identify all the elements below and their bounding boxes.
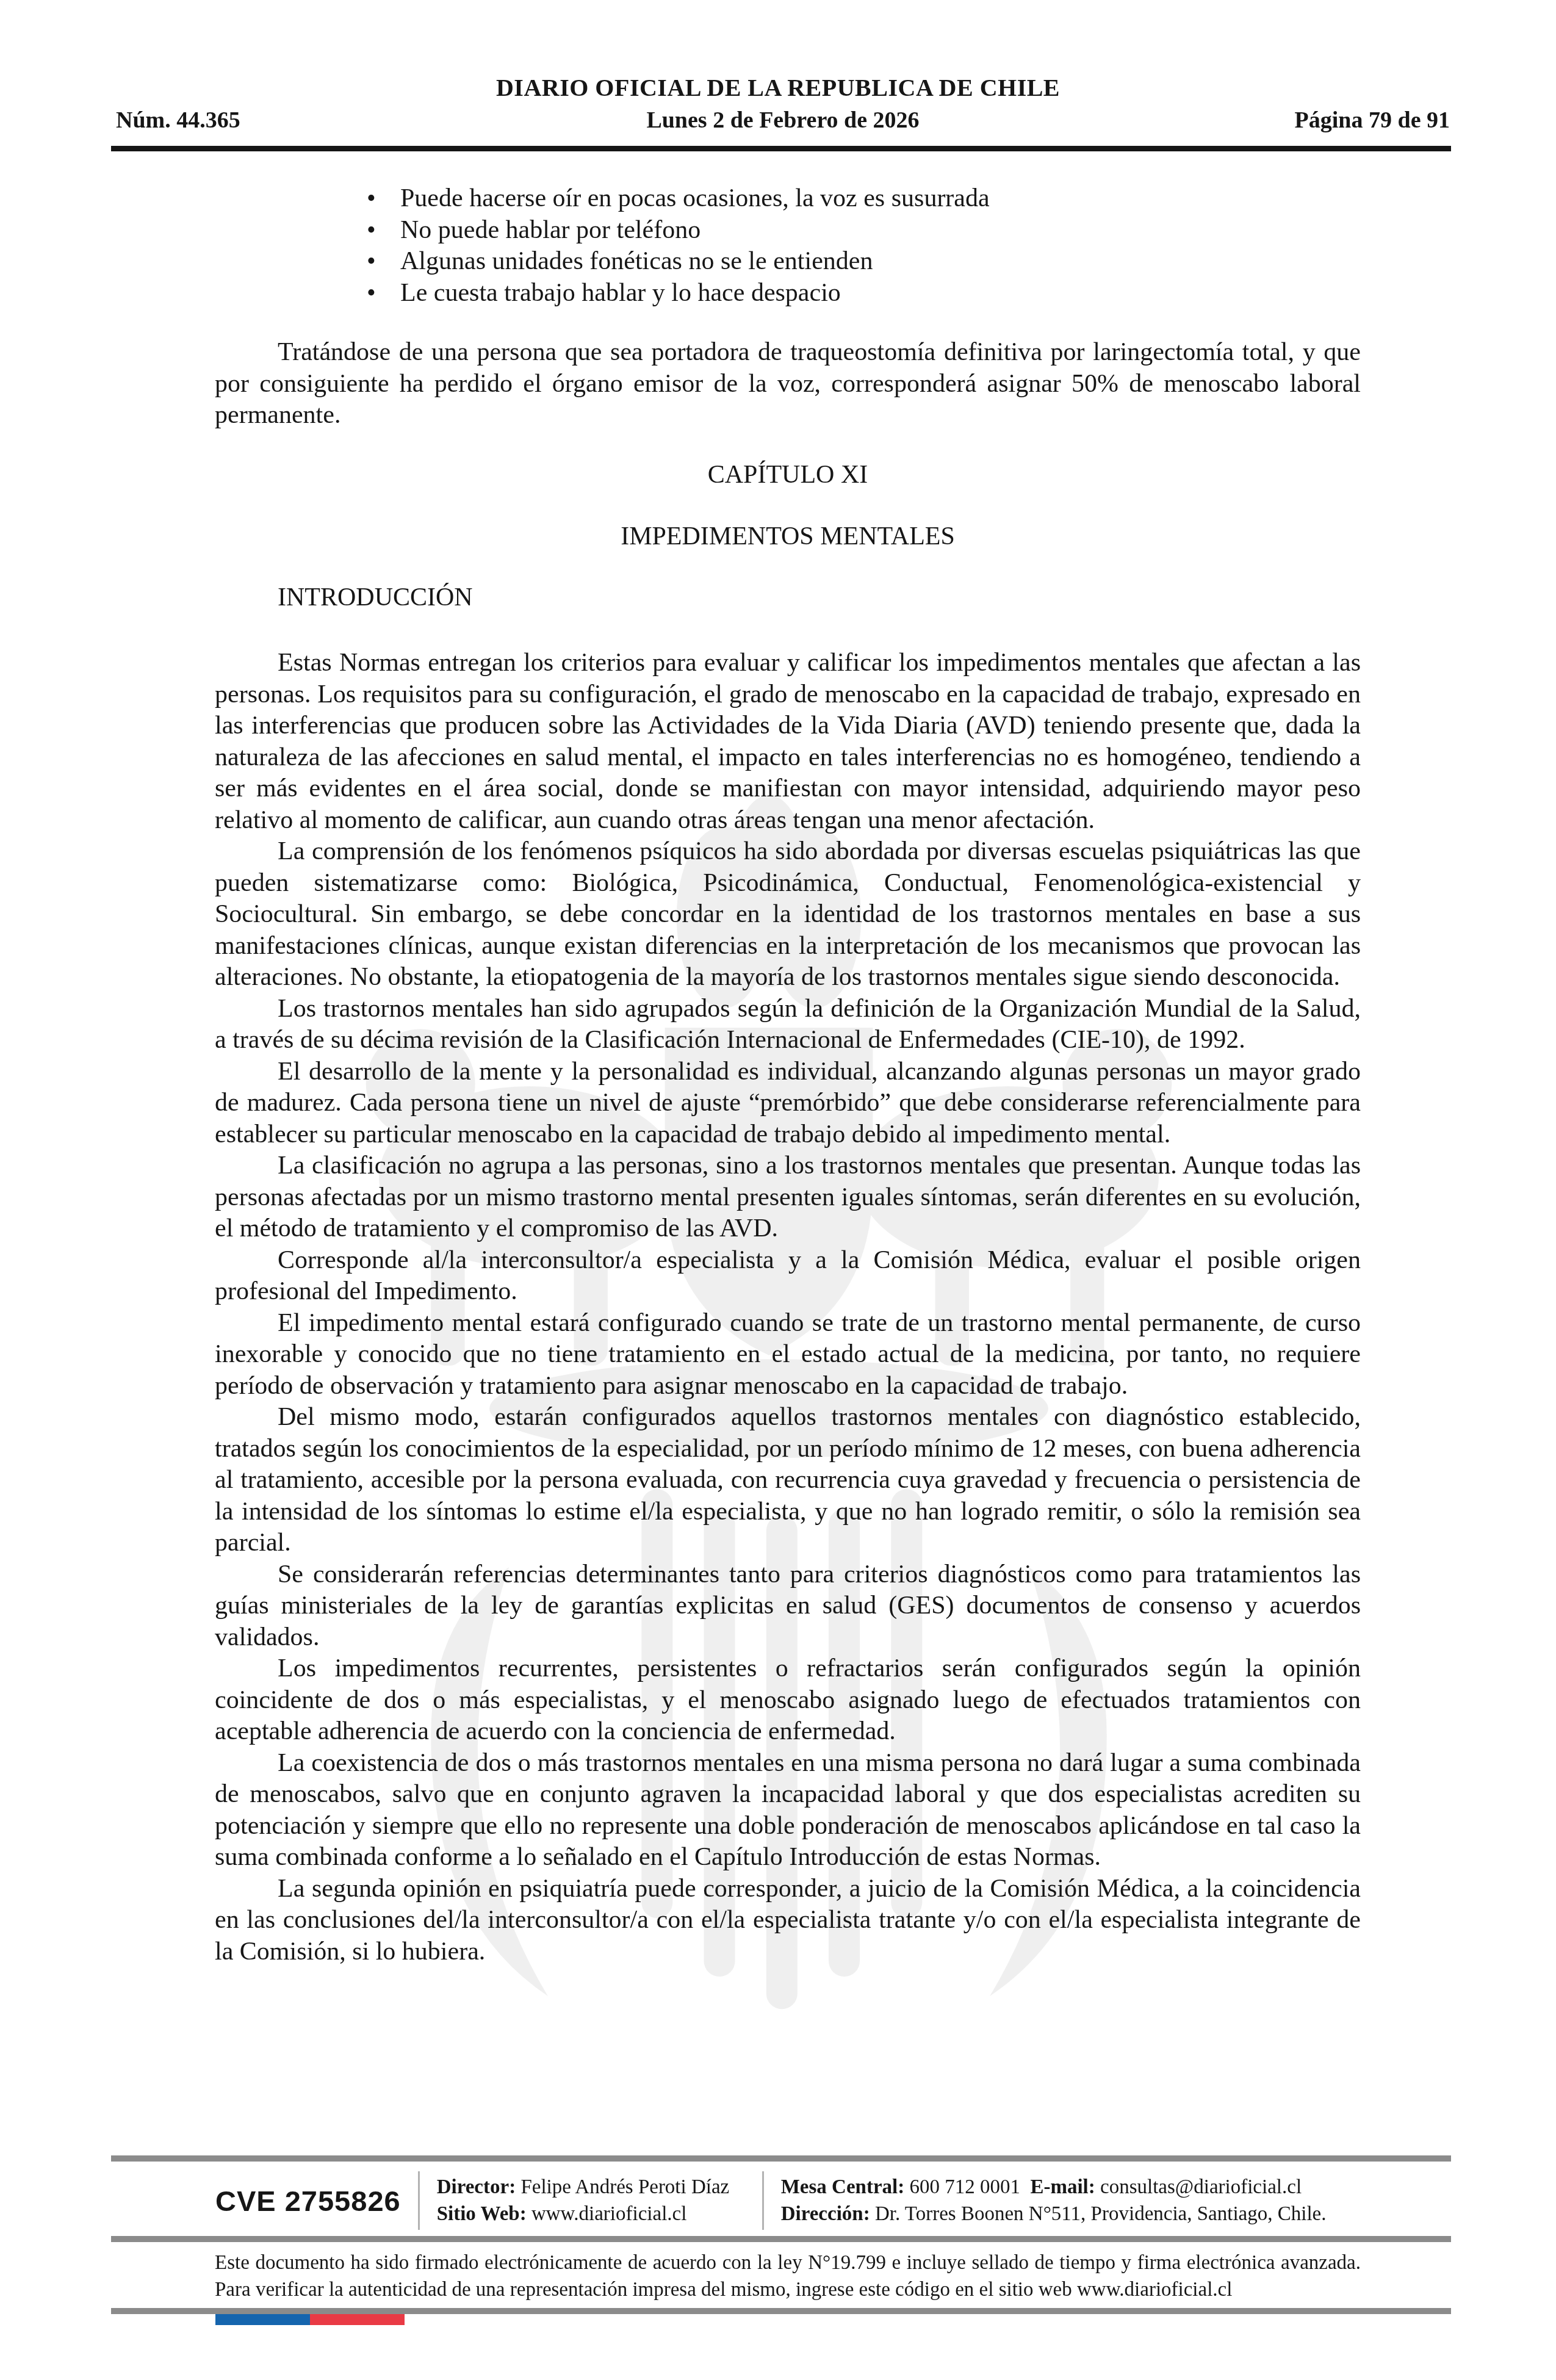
paragraph: La segunda opinión en psiquiatría puede … [215,1873,1361,1968]
vertical-divider [418,2171,420,2230]
list-item-text: No puede hablar por teléfono [400,215,701,247]
paragraph: La comprensión de los fenómenos psíquico… [215,836,1361,993]
bullet-icon: • [367,183,400,215]
list-item: • Algunas unidades fonéticas no se le en… [215,246,1361,278]
chapter-heading: CAPÍTULO XI [215,460,1361,491]
paragraph: El impedimento mental estará configurado… [215,1308,1361,1402]
bullet-icon: • [367,278,400,309]
paragraph: Corresponde al/la interconsultor/a espec… [215,1245,1361,1308]
mesa-central-label: Mesa Central: [781,2176,905,2198]
paragraph: Los impedimentos recurrentes, persistent… [215,1653,1361,1748]
sitio-web-value: www.diarioficial.cl [531,2203,686,2225]
issue-number: Núm. 44.365 [116,107,508,134]
introduction-paragraphs: Estas Normas entregan los criterios para… [215,647,1361,1967]
footer-divider-bar [111,2155,1451,2162]
list-item-text: Algunas unidades fonéticas no se le enti… [400,246,873,278]
page-indicator: Página 79 de 91 [1057,107,1450,134]
list-item: • Le cuesta trabajo hablar y lo hace des… [215,278,1361,309]
footer-contact-block: Mesa Central: 600 712 0001 E-mail: consu… [781,2174,1327,2227]
direccion-label: Dirección: [781,2203,870,2225]
bullet-icon: • [367,246,400,278]
paragraph: La coexistencia de dos o más trastornos … [215,1748,1361,1873]
page-footer: CVE 2755826 Director: Felipe Andrés Pero… [0,2155,1556,2325]
paragraph: Tratándose de una persona que sea portad… [215,337,1361,431]
header-rule [111,146,1451,151]
bullet-icon: • [367,215,400,247]
director-value: Felipe Andrés Peroti Díaz [520,2176,729,2198]
email-value: consultas@diarioficial.cl [1100,2176,1302,2198]
paragraph: Los trastornos mentales han sido agrupad… [215,993,1361,1056]
section-heading: INTRODUCCIÓN [215,582,1361,614]
mesa-central-value: 600 712 0001 [909,2176,1020,2198]
issue-date: Lunes 2 de Febrero de 2026 [508,107,1057,134]
director-label: Director: [437,2176,516,2198]
chapter-subheading: IMPEDIMENTOS MENTALES [215,521,1361,553]
symptom-bullet-list: • Puede hacerse oír en pocas ocasiones, … [215,183,1361,309]
cve-code: CVE 2755826 [215,2184,401,2218]
footer-divider-bar [111,2308,1451,2314]
list-item-text: Puede hacerse oír en pocas ocasiones, la… [400,183,990,215]
footer-divider-bar [111,2236,1451,2242]
chile-flag-mark [215,2314,405,2325]
list-item-text: Le cuesta trabajo hablar y lo hace despa… [400,278,841,309]
document-body: • Puede hacerse oír en pocas ocasiones, … [215,183,1361,1967]
sitio-web-label: Sitio Web: [437,2203,527,2225]
header-meta-row: Núm. 44.365 Lunes 2 de Febrero de 2026 P… [116,107,1450,134]
email-label: E-mail: [1030,2176,1095,2198]
flag-red-segment [310,2314,405,2325]
paragraph: La clasificación no agrupa a las persona… [215,1150,1361,1245]
page-header: DIARIO OFICIAL DE LA REPUBLICA DE CHILE … [0,0,1556,151]
gazette-page: DIARIO OFICIAL DE LA REPUBLICA DE CHILE … [0,0,1556,2380]
paragraph: Se considerarán referencias determinante… [215,1559,1361,1654]
paragraph: Estas Normas entregan los criterios para… [215,647,1361,836]
paragraph: El desarrollo de la mente y la personali… [215,1056,1361,1151]
vertical-divider [762,2171,764,2230]
legal-notice: Este documento ha sido firmado electróni… [215,2249,1361,2303]
direccion-value: Dr. Torres Boonen N°511, Providencia, Sa… [875,2203,1327,2225]
flag-blue-segment [215,2314,310,2325]
gazette-title: DIARIO OFICIAL DE LA REPUBLICA DE CHILE [0,0,1556,102]
list-item: • No puede hablar por teléfono [215,215,1361,247]
footer-director-block: Director: Felipe Andrés Peroti Díaz Siti… [437,2174,745,2227]
list-item: • Puede hacerse oír en pocas ocasiones, … [215,183,1361,215]
footer-info-row: CVE 2755826 Director: Felipe Andrés Pero… [215,2171,1556,2230]
paragraph: Del mismo modo, estarán configurados aqu… [215,1402,1361,1559]
